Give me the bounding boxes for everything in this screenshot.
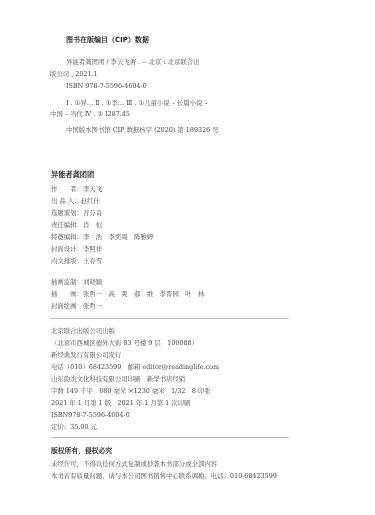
distributor: 新经典发行有限公司发行 bbox=[51, 352, 121, 358]
rights-heading: 版权所有，侵权必究 bbox=[51, 448, 112, 455]
cip-line: 版公司 , 2021.1 bbox=[50, 71, 98, 77]
price: 定价：35.00 元 bbox=[51, 424, 97, 430]
contact: 电话（010）68423599 邮箱 editor@readinglife.co… bbox=[51, 364, 219, 370]
credit-illustration-supervisor: 插画监制：刘晓颖 bbox=[51, 279, 102, 285]
rights-notice: 未经许可，不得以任何方式复制或抄袭本书部分或全部内容 bbox=[51, 461, 217, 467]
divider bbox=[51, 318, 289, 319]
cip-heading: 图书在版编目（CIP）数据 bbox=[66, 37, 149, 44]
isbn: ISBN978-7-5596-4604-0 bbox=[51, 412, 130, 418]
format-specs: 字数 149 千字 880 毫米 ×1230 毫米 1/32 8 印张 bbox=[51, 388, 211, 394]
publisher-address: （北京市西城区德外大街 83 号楼 9 层 100088） bbox=[51, 340, 198, 346]
credit-illustrators: 插 画：张哲一 高 爽 郝 维 李晋园 叶 林 bbox=[51, 291, 204, 297]
cip-line: 中国 – 当代 Ⅳ . ① I287.45 bbox=[50, 111, 130, 117]
credit-cover-illustration: 封面绘画：张哲一 bbox=[51, 303, 102, 309]
credit-layout: 内文排版：王春雪 bbox=[51, 258, 102, 264]
divider bbox=[51, 437, 289, 438]
publisher: 北京联合出版公司出版 bbox=[51, 328, 115, 334]
cip-line: ISBN 978-7-5596-4604-0 bbox=[66, 83, 147, 89]
credit-editor: 责任编辑：肖 恒 bbox=[51, 222, 102, 228]
credit-planner: 选题策划：苕芬奇 bbox=[51, 210, 102, 216]
credit-guest-editors: 特邀编辑：李 浩 李奕周 陈雅婷 bbox=[51, 234, 153, 240]
credit-cover-design: 封面设计：李照祥 bbox=[51, 246, 102, 252]
printer: 山东韵杰文化科技有限公司印刷 新华书店经销 bbox=[51, 376, 185, 382]
edition-info: 2021 年 1 月第 1 版 2021 年 1 月第 1 次印刷 bbox=[51, 400, 190, 406]
cip-record-number: 中国版本图书馆 CIP 数据核字 (2020) 第 189326 号 bbox=[66, 127, 219, 133]
quality-notice: 本书若有质量问题，请与本公司图书销售中心联系调换。电话：010-68423599 bbox=[51, 473, 277, 479]
cip-line: Ⅰ . ①异… Ⅱ . ①李… Ⅲ . ①儿童小说 – 长篇小说 – bbox=[66, 100, 208, 106]
cip-line: 异能者龚团团 / 李天飞著 . -- 北京 : 北京联合出 bbox=[66, 59, 200, 65]
book-title: 异能者龚团团 bbox=[51, 171, 94, 178]
credit-author: 作 者：李天飞 bbox=[51, 186, 102, 192]
credit-producer: 出 品 人：赵红仕 bbox=[51, 198, 100, 204]
